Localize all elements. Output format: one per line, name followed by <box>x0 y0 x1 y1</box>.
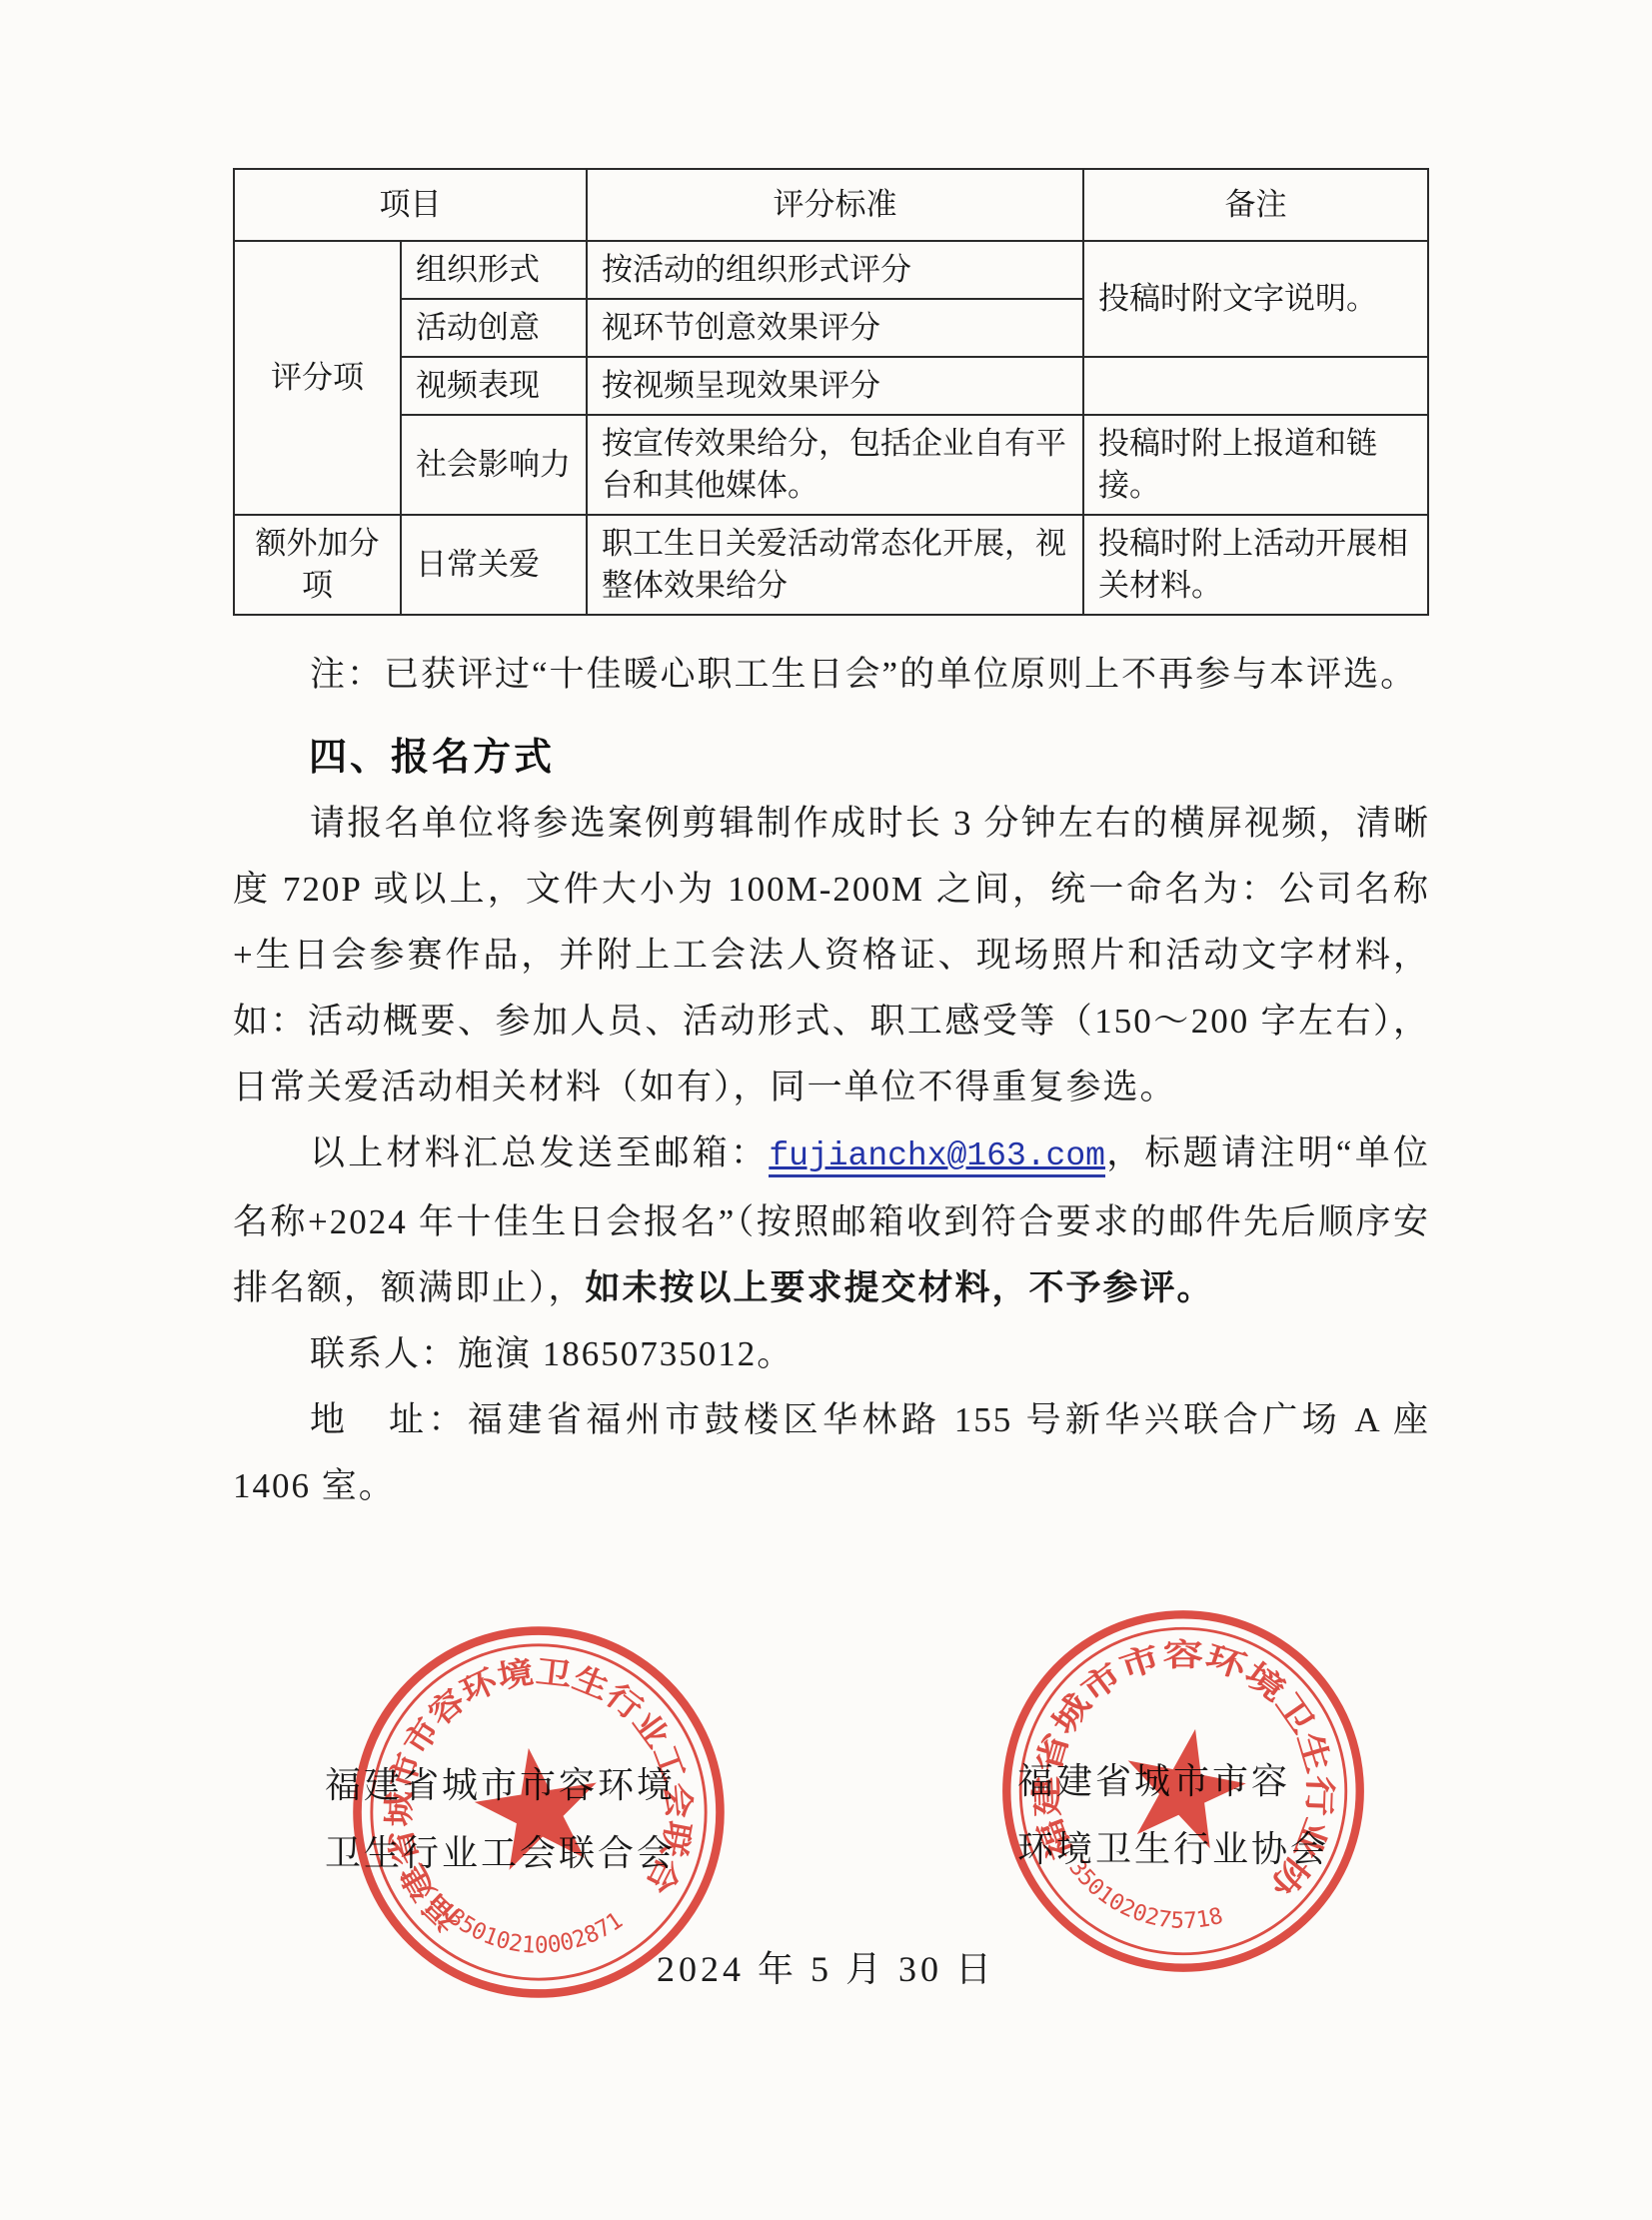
cell-remark: 投稿时附上活动开展相关材料。 <box>1083 515 1428 615</box>
signature-left-org: 福建省城市市容环境 卫生行业工会联合会 <box>325 1751 676 1887</box>
signature-right-line1: 福建省城市市容 <box>1017 1747 1329 1815</box>
cell-item: 视频表现 <box>401 357 587 415</box>
table-row: 社会影响力 按宣传效果给分，包括企业自有平台和其他媒体。 投稿时附上报道和链接。 <box>234 415 1428 515</box>
section-heading: 四、报名方式 <box>233 726 1430 781</box>
document-page: 项目 评分标准 备注 评分项 组织形式 按活动的组织形式评分 投稿时附文字说明。… <box>0 0 1652 2220</box>
paragraph-submission-requirements: 请报名单位将参选案例剪辑制作成时长 3 分钟左右的横屏视频，清晰度 720P 或… <box>233 791 1430 1120</box>
header-criteria: 评分标准 <box>587 169 1083 241</box>
paragraph-bold-warning: 如未按以上要求提交材料，不予参评。 <box>586 1268 1214 1307</box>
cell-remark <box>1083 357 1428 415</box>
signature-right-org: 福建省城市市容 环境卫生行业协会 <box>1017 1747 1329 1883</box>
table-note: 注：已获评过“十佳暖心职工生日会”的单位原则上不再参与本评选。 <box>233 642 1430 708</box>
cell-remark: 投稿时附上报道和链接。 <box>1083 415 1428 515</box>
email-link[interactable]: fujianchx@163.com <box>769 1137 1105 1177</box>
cell-criteria: 按活动的组织形式评分 <box>587 241 1083 299</box>
cell-item: 组织形式 <box>401 241 587 299</box>
signature-left-line2: 卫生行业工会联合会 <box>325 1819 676 1887</box>
cell-item: 日常关爱 <box>401 515 587 615</box>
document-date: 2024 年 5 月 30 日 <box>0 1941 1652 1992</box>
cell-criteria: 按宣传效果给分，包括企业自有平台和其他媒体。 <box>587 415 1083 515</box>
signature-right-line2: 环境卫生行业协会 <box>1017 1815 1329 1883</box>
cell-item: 社会影响力 <box>401 415 587 515</box>
signature-left-line1: 福建省城市市容环境 <box>325 1751 676 1819</box>
cell-criteria: 按视频呈现效果评分 <box>587 357 1083 415</box>
paragraph-email-before: 以上材料汇总发送至邮箱： <box>310 1133 769 1172</box>
table-row: 视频表现 按视频呈现效果评分 <box>234 357 1428 415</box>
cell-criteria: 职工生日关爱活动常态化开展，视整体效果给分 <box>587 515 1083 615</box>
cell-group-scoring: 评分项 <box>234 241 401 515</box>
table-row: 额外加分项 日常关爱 职工生日关爱活动常态化开展，视整体效果给分 投稿时附上活动… <box>234 515 1428 615</box>
cell-item: 活动创意 <box>401 299 587 357</box>
header-project: 项目 <box>234 169 587 241</box>
table-header-row: 项目 评分标准 备注 <box>234 169 1428 241</box>
scoring-table: 项目 评分标准 备注 评分项 组织形式 按活动的组织形式评分 投稿时附文字说明。… <box>233 168 1429 616</box>
contact-line: 联系人：施演 18650735012。 <box>233 1321 1430 1387</box>
table-row: 评分项 组织形式 按活动的组织形式评分 投稿时附文字说明。 <box>234 241 1428 299</box>
address-line: 地 址：福建省福州市鼓楼区华林路 155 号新华兴联合广场 A 座 1406 室… <box>233 1387 1430 1519</box>
paragraph-email-instructions: 以上材料汇总发送至邮箱：fujianchx@163.com，标题请注明“单位名称… <box>233 1120 1430 1321</box>
cell-remark: 投稿时附文字说明。 <box>1083 241 1428 357</box>
cell-group-extra: 额外加分项 <box>234 515 401 615</box>
document-content: 项目 评分标准 备注 评分项 组织形式 按活动的组织形式评分 投稿时附文字说明。… <box>233 168 1430 1519</box>
cell-criteria: 视环节创意效果评分 <box>587 299 1083 357</box>
header-remark: 备注 <box>1083 169 1428 241</box>
